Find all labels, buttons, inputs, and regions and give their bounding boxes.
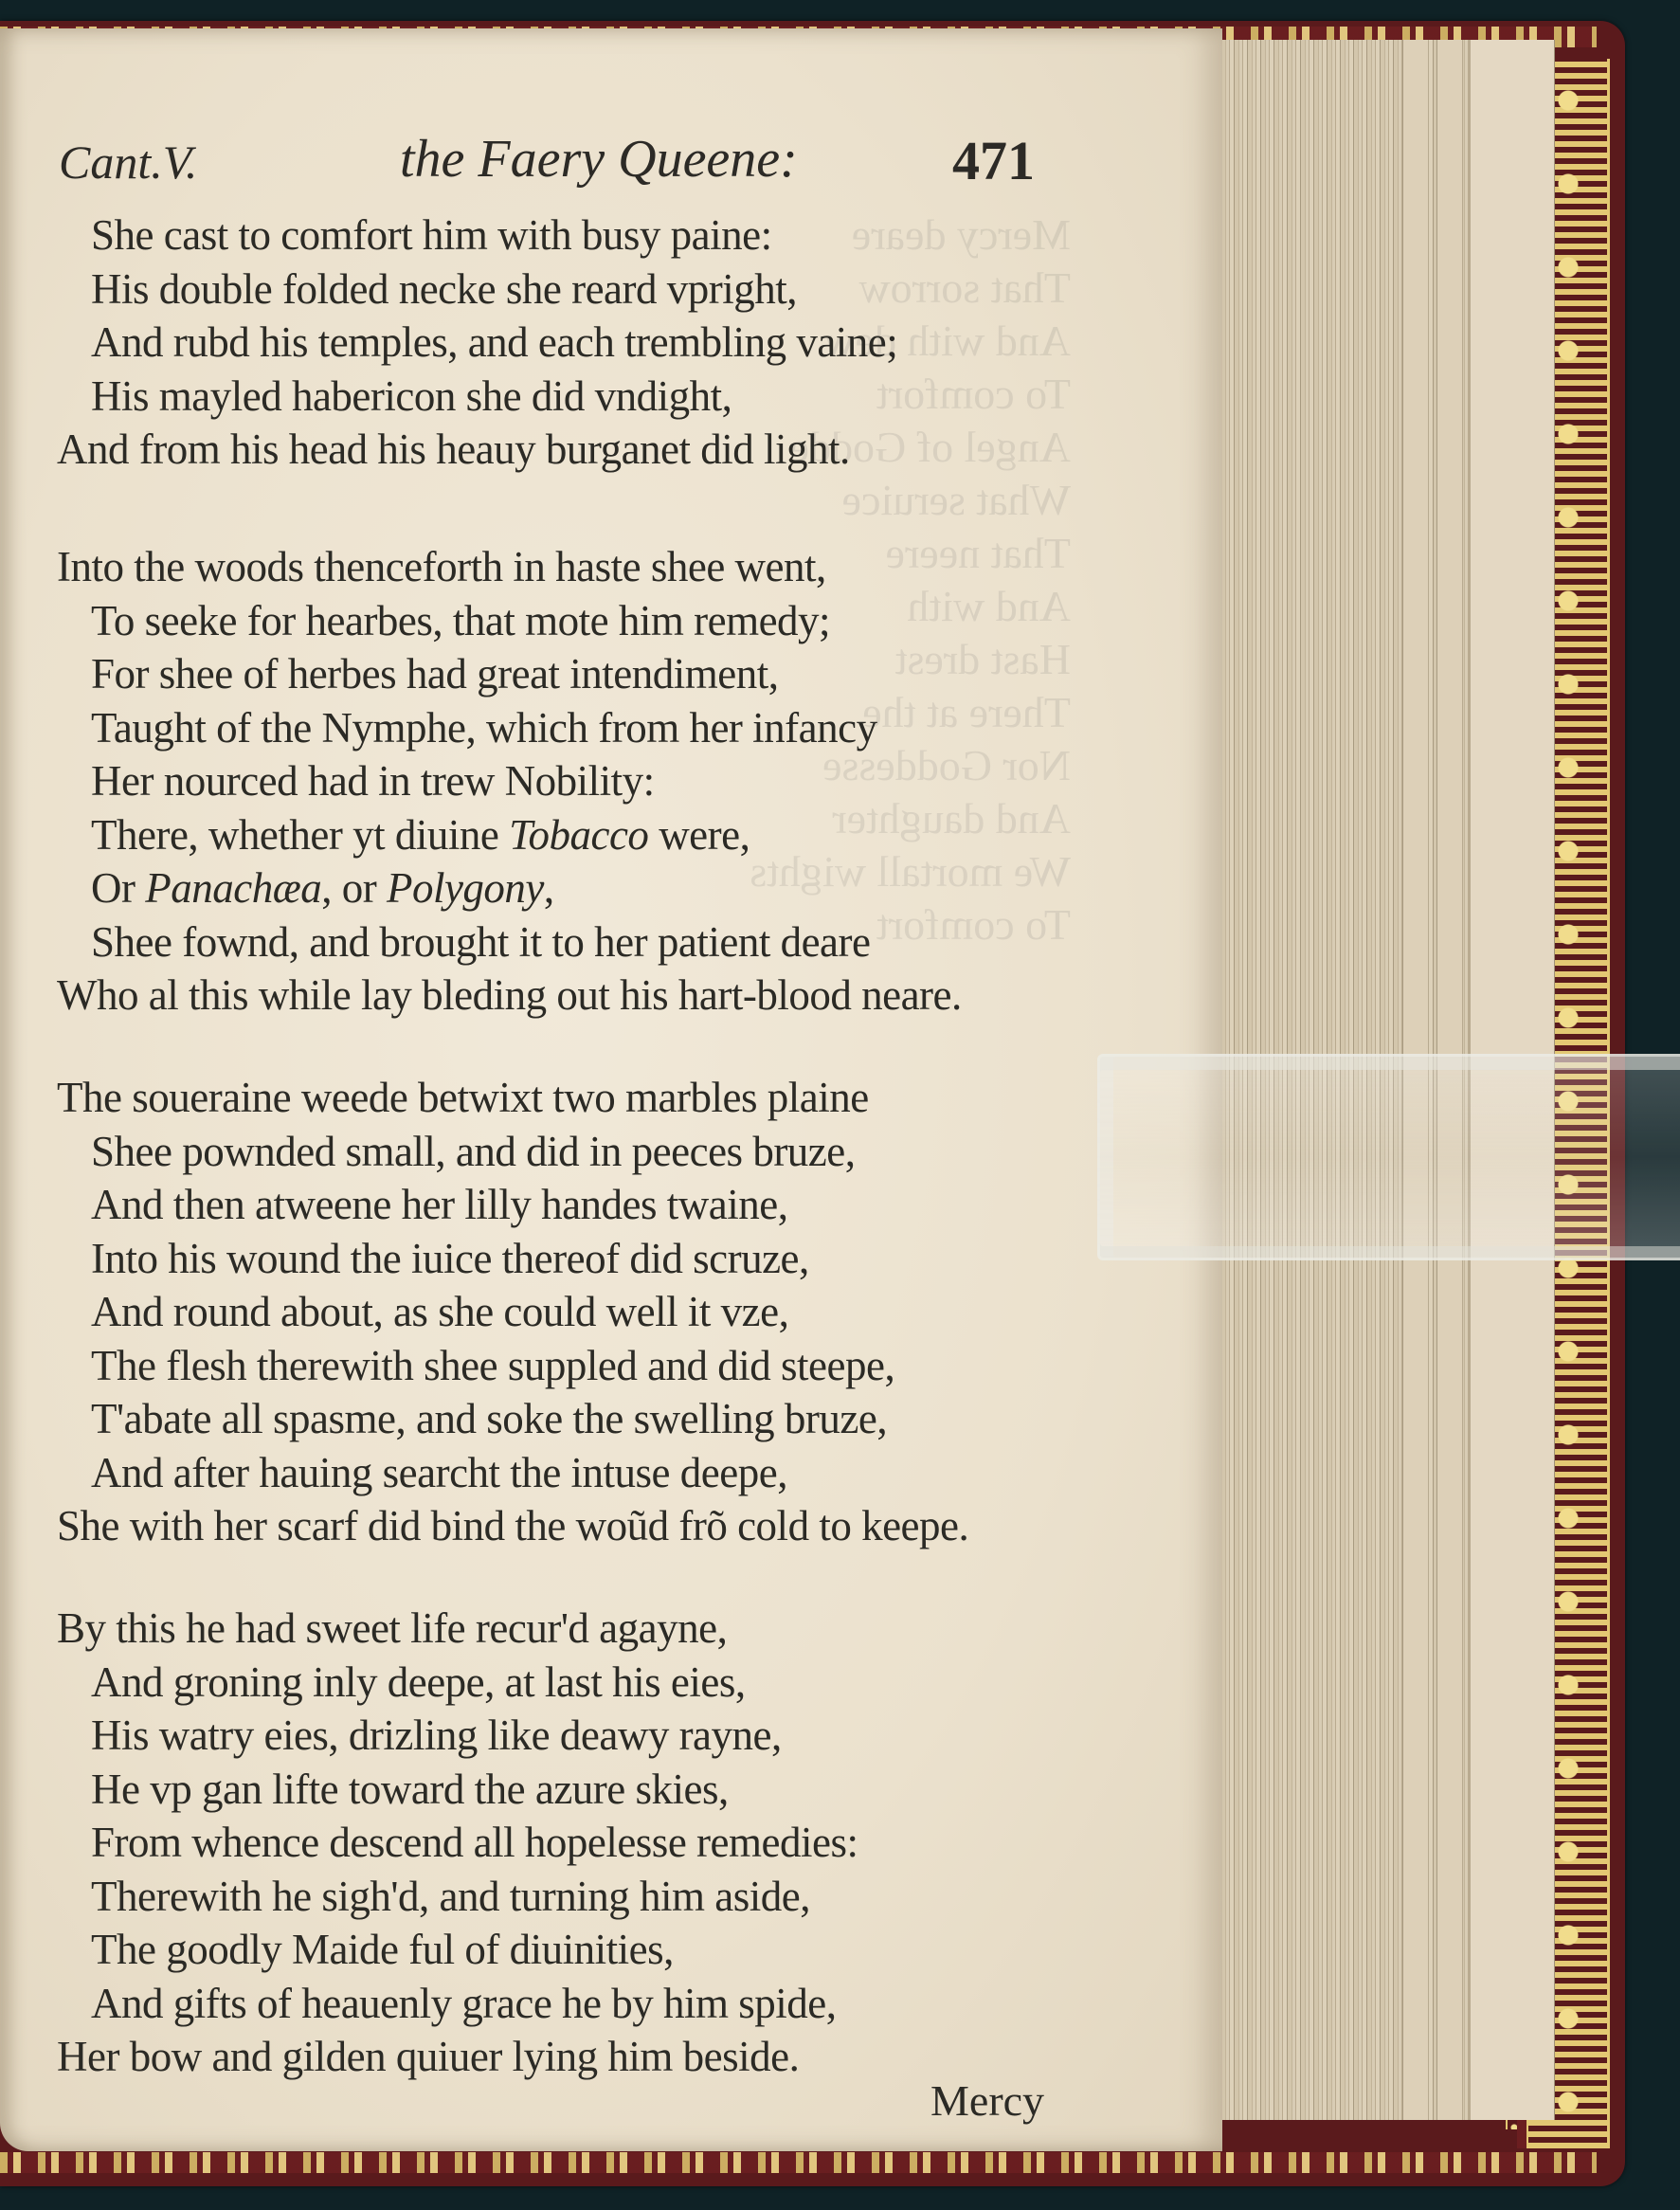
verse-text: , bbox=[544, 864, 554, 912]
verse-line: She with her scarf did bind the woũd fr… bbox=[0, 1499, 1137, 1553]
verse-line: His mayled habericon she did vndight, bbox=[0, 370, 1137, 424]
verse-line: His watry eies, drizling like deawy rayn… bbox=[0, 1709, 1137, 1763]
catchword: Mercy bbox=[930, 2075, 1044, 2126]
verse-line: From whence descend all hopelesse remedi… bbox=[0, 1816, 1137, 1870]
verse-text: were, bbox=[648, 811, 750, 859]
verse-line: And rubd his temples, and each trembling… bbox=[0, 316, 1137, 370]
verse-line: And after hauing searcht the intuse deep… bbox=[0, 1446, 1137, 1500]
verse-line: He vp gan lifte toward the azure skies, bbox=[0, 1763, 1137, 1817]
verse-line: His double folded necke she reard vprigh… bbox=[0, 263, 1137, 317]
verse-text: , or bbox=[321, 864, 387, 912]
verse-line: Therewith he sigh'd, and turning him asi… bbox=[0, 1870, 1137, 1924]
verse-line: By this he had sweet life recur'd agayne… bbox=[0, 1602, 1137, 1656]
italic-word: Tobacco bbox=[509, 811, 648, 859]
verse-line: Or Panachæa, or Polygony, bbox=[0, 861, 1137, 915]
verse-line: And groning inly deepe, at last his eies… bbox=[0, 1656, 1137, 1710]
verse-line: To seeke for hearbes, that mote him reme… bbox=[0, 594, 1137, 648]
verse-line: And then atweene her lilly handes twaine… bbox=[0, 1178, 1137, 1232]
page-number: 471 bbox=[952, 129, 1035, 192]
book-title: the Faery Queene: bbox=[400, 129, 798, 190]
verse-text: Or bbox=[91, 864, 145, 912]
verse-line: Shee pownded small, and did in peeces br… bbox=[0, 1125, 1137, 1179]
verse-text: There, whether yt diuine bbox=[91, 811, 509, 859]
verse-line: Into his wound the iuice thereof did scr… bbox=[0, 1232, 1137, 1286]
verse-line: The soueraine weede betwixt two marbles … bbox=[0, 1071, 1137, 1125]
verse-line: She cast to comfort him with busy paine: bbox=[0, 208, 1137, 263]
verse-line: Her nourced had in trew Nobility: bbox=[0, 754, 1137, 808]
verse-line: Taught of the Nymphe, which from her inf… bbox=[0, 701, 1137, 755]
verse-line: And round about, as she could well it vz… bbox=[0, 1285, 1137, 1339]
stanza-2: Into the woods thenceforth in haste shee… bbox=[0, 540, 1137, 1023]
verse-line: Who al this while lay bleding out his ha… bbox=[0, 969, 1137, 1023]
book-page: Mercy deare That sorrow And with dew To … bbox=[0, 28, 1222, 2151]
verse-line: The flesh therewith shee suppled and did… bbox=[0, 1339, 1137, 1393]
verse-line: The goodly Maide ful of diuinities, bbox=[0, 1923, 1137, 1977]
running-head: Cant.V. the Faery Queene: 471 bbox=[59, 125, 1035, 201]
stanza-4: By this he had sweet life recur'd agayne… bbox=[0, 1602, 1137, 2084]
verse-line: Into the woods thenceforth in haste shee… bbox=[0, 540, 1137, 594]
verse-line: And gifts of heauenly grace he by him sp… bbox=[0, 1977, 1137, 2031]
verse-line: Shee fownd, and brought it to her patien… bbox=[0, 915, 1137, 969]
stanza-1: She cast to comfort him with busy paine:… bbox=[0, 208, 1137, 477]
acrylic-page-weight bbox=[1097, 1054, 1680, 1260]
italic-word: Panachæa bbox=[145, 864, 321, 912]
verse-line: And from his head his heauy burganet did… bbox=[0, 423, 1137, 477]
verse-line: There, whether yt diuine Tobacco were, bbox=[0, 808, 1137, 862]
stanza-3: The soueraine weede betwixt two marbles … bbox=[0, 1071, 1137, 1553]
italic-word: Polygony bbox=[387, 864, 544, 912]
verse-line: For shee of herbes had great intendiment… bbox=[0, 647, 1137, 701]
gilt-border-bottom bbox=[0, 2152, 1597, 2173]
canto-label: Cant.V. bbox=[59, 135, 197, 190]
verse-line: T'abate all spasme, and soke the swellin… bbox=[0, 1392, 1137, 1446]
